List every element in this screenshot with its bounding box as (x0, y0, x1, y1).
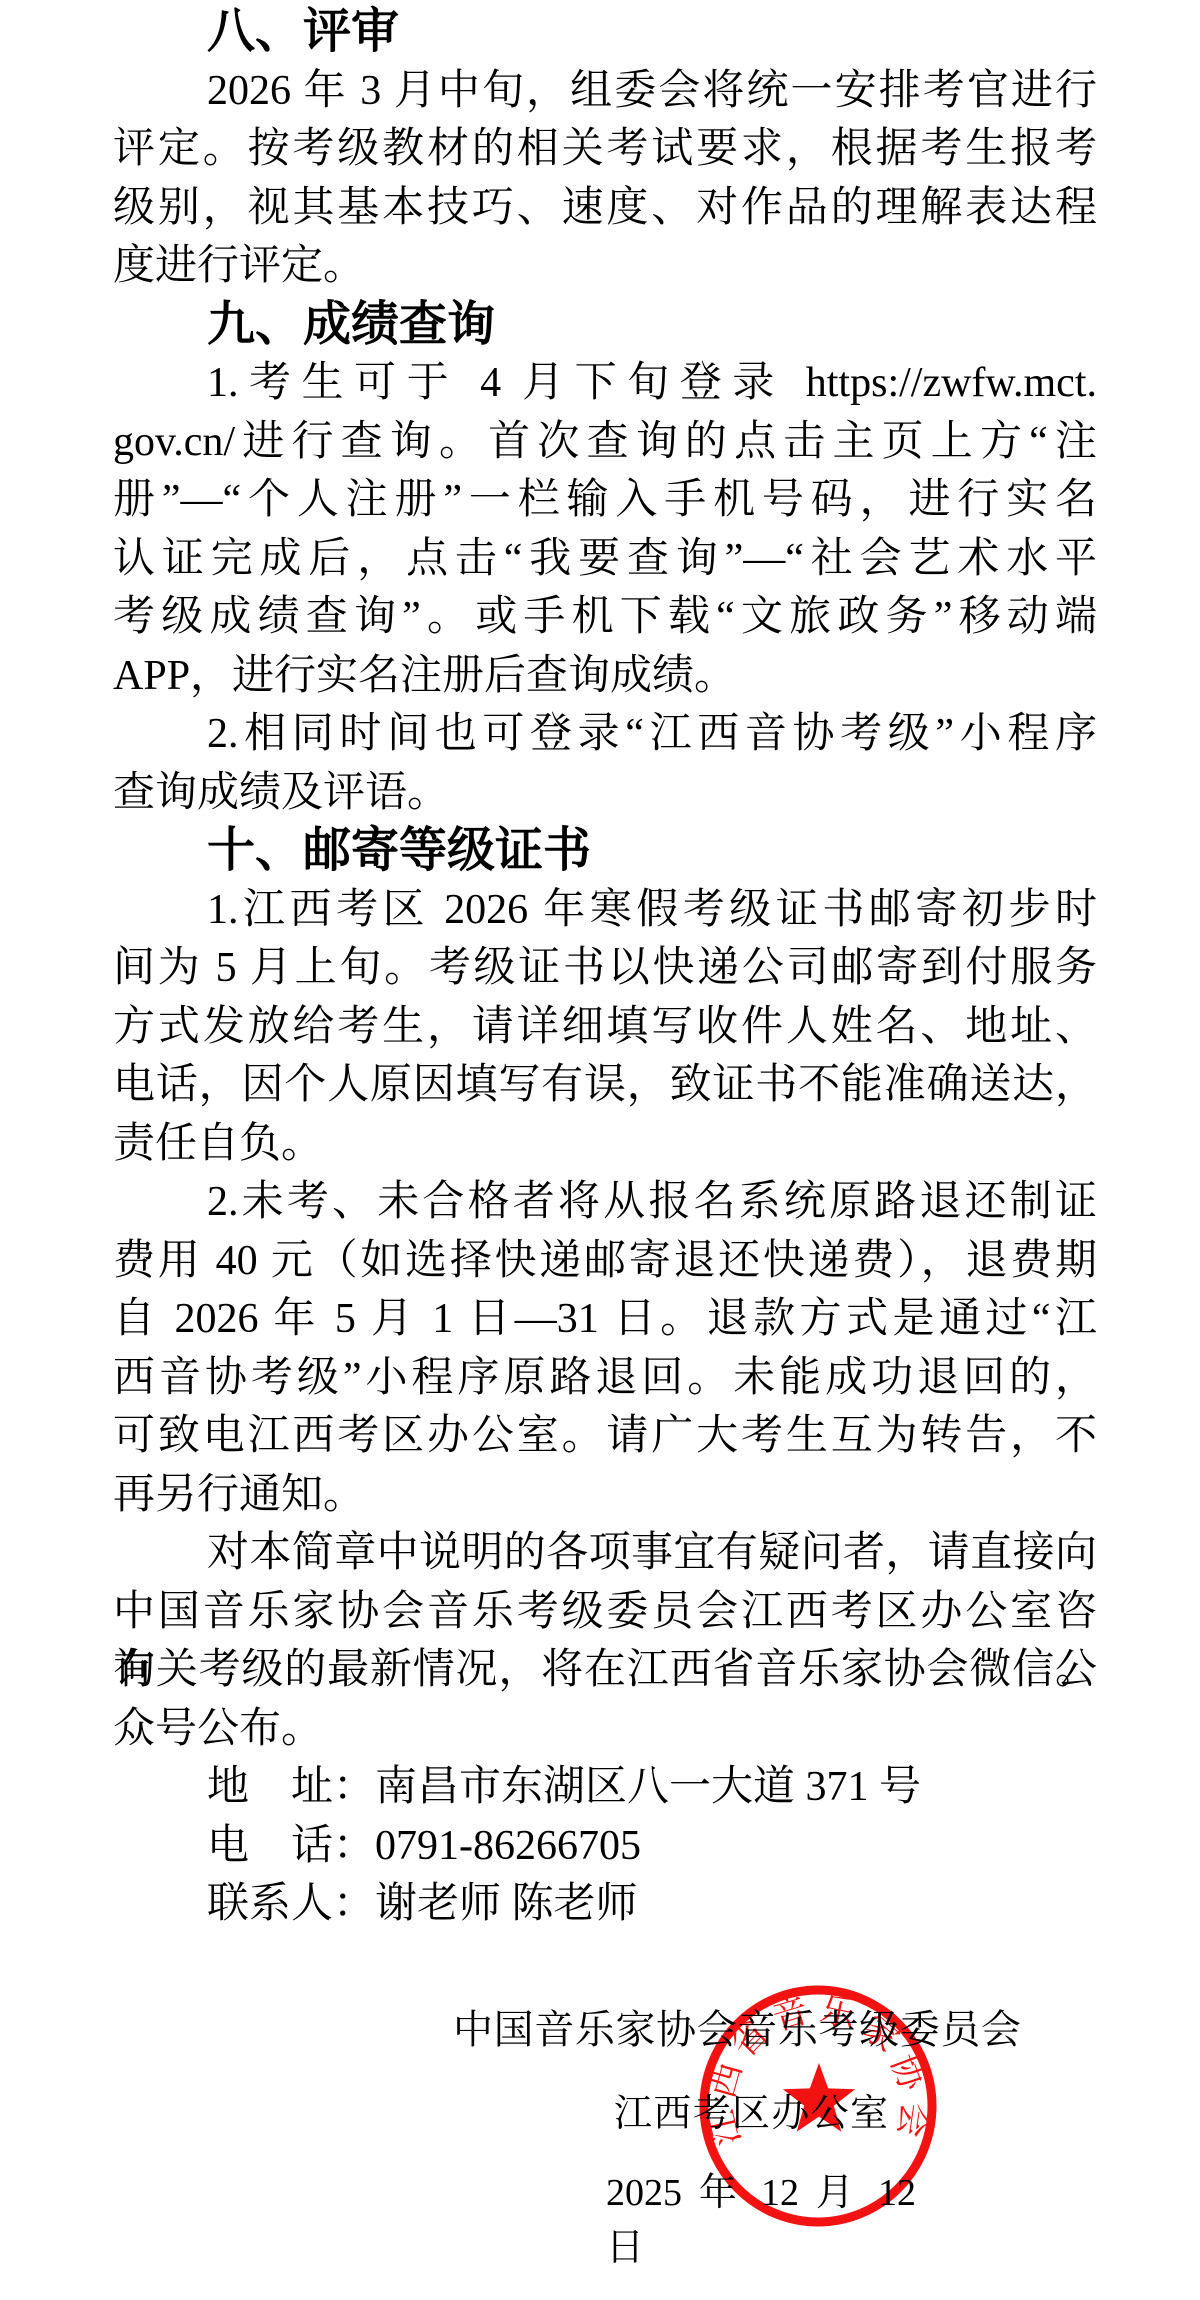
text-line: APP，进行实名注册后查询成绩。 (113, 647, 1097, 706)
text-line: 级别，视其基本技巧、速度、对作品的理解表达程 (113, 179, 1097, 238)
text-line: 度进行评定。 (113, 237, 1097, 296)
text-line: 方式发放给考生，请详细填写收件人姓名、地址、 (113, 998, 1097, 1057)
text-line: 再另行通知。 (113, 1466, 1097, 1525)
text-line: 2.相同时间也可登录“江西音协考级”小程序 (113, 705, 1097, 764)
text-line: 册”—“个人注册”一栏输入手机号码，进行实名 (113, 471, 1097, 530)
text-line: 西音协考级”小程序原路退回。未能成功退回的， (113, 1349, 1097, 1408)
signature-date: 2025 年 12 月 12 日 (606, 2161, 916, 2271)
text-line: 电 话：0791-86266705 (113, 1817, 1097, 1876)
text-line: 评定。按考级教材的相关考试要求，根据考生报考 (113, 120, 1097, 179)
document-page: 八、评审2026 年 3 月中旬，组委会将统一安排考官进行评定。按考级教材的相关… (0, 0, 1200, 2300)
text-line: 责任自负。 (113, 1115, 1097, 1174)
text-line: 1.考生可于 4 月下旬登录 https://zwfw.mct. (113, 354, 1097, 413)
text-line: 众号公布。 (113, 1700, 1097, 1759)
text-line: 有关考级的最新情况，将在江西省音乐家协会微信公 (113, 1641, 1097, 1700)
text-line: 2.未考、未合格者将从报名系统原路退还制证 (113, 1173, 1097, 1232)
text-line: 2026 年 3 月中旬，组委会将统一安排考官进行 (113, 62, 1097, 121)
text-line: 间为 5 月上旬。考级证书以快递公司邮寄到付服务 (113, 939, 1097, 998)
text-line: gov.cn/进行查询。首次查询的点击主页上方“注 (113, 413, 1097, 472)
text-line: 可致电江西考区办公室。请广大考生互为转告，不 (113, 1407, 1097, 1466)
text-line: 考级成绩查询”。或手机下载“文旅政务”移动端 (113, 588, 1097, 647)
signature-office: 江西考区办公室 (614, 2082, 888, 2137)
text-line: 认证完成后，点击“我要查询”—“社会艺术水平 (113, 530, 1097, 589)
text-line: 中国音乐家协会音乐考级委员会江西考区办公室咨询。 (113, 1583, 1097, 1642)
text-line: 对本简章中说明的各项事宜有疑问者，请直接向 (113, 1524, 1097, 1583)
text-line: 查询成绩及评语。 (113, 764, 1097, 823)
text-line: 电话，因个人原因填写有误，致证书不能准确送达， (113, 1056, 1097, 1115)
text-line: 费用 40 元（如选择快递邮寄退还快递费），退费期 (113, 1232, 1097, 1291)
text-line: 地 址：南昌市东湖区八一大道 371 号 (113, 1758, 1097, 1817)
signature-committee: 中国音乐家协会音乐考级委员会 (453, 1998, 1021, 2055)
document-body: 八、评审2026 年 3 月中旬，组委会将统一安排考官进行评定。按考级教材的相关… (113, 3, 1097, 1934)
section-heading: 十、邮寄等级证书 (113, 822, 1097, 881)
text-line: 自 2026 年 5 月 1 日—31 日。退款方式是通过“江 (113, 1290, 1097, 1349)
section-heading: 九、成绩查询 (113, 296, 1097, 355)
text-line: 联系人：谢老师 陈老师 (113, 1875, 1097, 1934)
text-line: 1.江西考区 2026 年寒假考级证书邮寄初步时 (113, 881, 1097, 940)
section-heading: 八、评审 (113, 3, 1097, 62)
